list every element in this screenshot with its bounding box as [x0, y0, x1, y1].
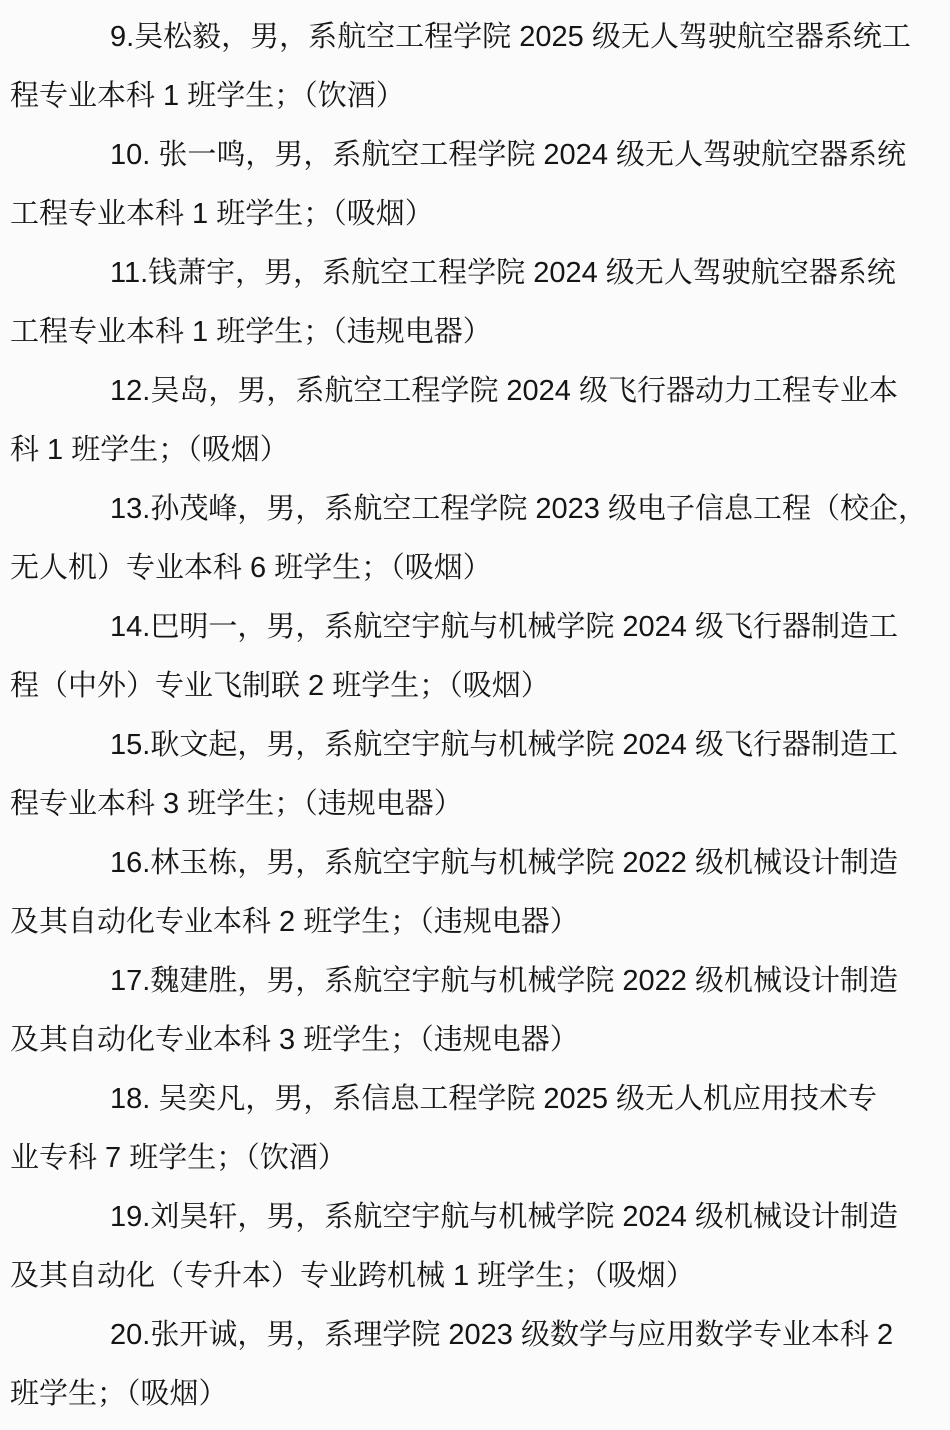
entry-12-line-1: 12.吴岛，男，系航空工程学院 2024 级飞行器动力工程专业本: [10, 362, 940, 421]
student-entry-15: 15.耿文起，男，系航空宇航与机械学院 2024 级飞行器制造工 程专业本科 3…: [10, 716, 940, 834]
entry-20-line-2: 班学生；（吸烟）: [10, 1365, 940, 1424]
entry-19-line-2: 及其自动化（专升本）专业跨机械 1 班学生；（吸烟）: [10, 1247, 940, 1306]
entry-14-line-1: 14.巴明一，男，系航空宇航与机械学院 2024 级飞行器制造工: [10, 598, 940, 657]
entry-19-line-1: 19.刘昊轩，男，系航空宇航与机械学院 2024 级机械设计制造: [10, 1188, 940, 1247]
entry-9-line-2: 程专业本科 1 班学生；（饮酒）: [10, 67, 940, 126]
entry-13-line-2: 无人机）专业本科 6 班学生；（吸烟）: [10, 539, 940, 598]
student-entry-13: 13.孙茂峰，男，系航空工程学院 2023 级电子信息工程（校企， 无人机）专业…: [10, 480, 940, 598]
entry-18-line-2: 业专科 7 班学生；（饮酒）: [10, 1129, 940, 1188]
entry-10-line-2: 工程专业本科 1 班学生；（吸烟）: [10, 185, 940, 244]
entry-20-line-1: 20.张开诚，男，系理学院 2023 级数学与应用数学专业本科 2: [10, 1306, 940, 1365]
student-entry-10: 10. 张一鸣，男，系航空工程学院 2024 级无人驾驶航空器系统 工程专业本科…: [10, 126, 940, 244]
entry-12-line-2: 科 1 班学生；（吸烟）: [10, 421, 940, 480]
document-page: 9.吴松毅，男，系航空工程学院 2025 级无人驾驶航空器系统工 程专业本科 1…: [0, 0, 950, 1430]
student-entry-12: 12.吴岛，男，系航空工程学院 2024 级飞行器动力工程专业本 科 1 班学生…: [10, 362, 940, 480]
entry-10-line-1: 10. 张一鸣，男，系航空工程学院 2024 级无人驾驶航空器系统: [10, 126, 940, 185]
student-entry-16: 16.林玉栋，男，系航空宇航与机械学院 2022 级机械设计制造 及其自动化专业…: [10, 834, 940, 952]
student-entry-9: 9.吴松毅，男，系航空工程学院 2025 级无人驾驶航空器系统工 程专业本科 1…: [10, 8, 940, 126]
entry-18-line-1: 18. 吴奕凡，男，系信息工程学院 2025 级无人机应用技术专: [10, 1070, 940, 1129]
entry-17-line-2: 及其自动化专业本科 3 班学生；（违规电器）: [10, 1011, 940, 1070]
student-entry-14: 14.巴明一，男，系航空宇航与机械学院 2024 级飞行器制造工 程（中外）专业…: [10, 598, 940, 716]
student-entry-11: 11.钱萧宇，男，系航空工程学院 2024 级无人驾驶航空器系统 工程专业本科 …: [10, 244, 940, 362]
entry-9-line-1: 9.吴松毅，男，系航空工程学院 2025 级无人驾驶航空器系统工: [10, 8, 940, 67]
student-entry-18: 18. 吴奕凡，男，系信息工程学院 2025 级无人机应用技术专 业专科 7 班…: [10, 1070, 940, 1188]
entry-11-line-2: 工程专业本科 1 班学生；（违规电器）: [10, 303, 940, 362]
entry-14-line-2: 程（中外）专业飞制联 2 班学生；（吸烟）: [10, 657, 940, 716]
entry-16-line-2: 及其自动化专业本科 2 班学生；（违规电器）: [10, 893, 940, 952]
entry-15-line-1: 15.耿文起，男，系航空宇航与机械学院 2024 级飞行器制造工: [10, 716, 940, 775]
entry-16-line-1: 16.林玉栋，男，系航空宇航与机械学院 2022 级机械设计制造: [10, 834, 940, 893]
entry-13-line-1: 13.孙茂峰，男，系航空工程学院 2023 级电子信息工程（校企，: [10, 480, 940, 539]
student-entry-17: 17.魏建胜，男，系航空宇航与机械学院 2022 级机械设计制造 及其自动化专业…: [10, 952, 940, 1070]
entry-15-line-2: 程专业本科 3 班学生；（违规电器）: [10, 775, 940, 834]
entry-11-line-1: 11.钱萧宇，男，系航空工程学院 2024 级无人驾驶航空器系统: [10, 244, 940, 303]
entry-17-line-1: 17.魏建胜，男，系航空宇航与机械学院 2022 级机械设计制造: [10, 952, 940, 1011]
student-entry-20: 20.张开诚，男，系理学院 2023 级数学与应用数学专业本科 2 班学生；（吸…: [10, 1306, 940, 1424]
student-entry-19: 19.刘昊轩，男，系航空宇航与机械学院 2024 级机械设计制造 及其自动化（专…: [10, 1188, 940, 1306]
